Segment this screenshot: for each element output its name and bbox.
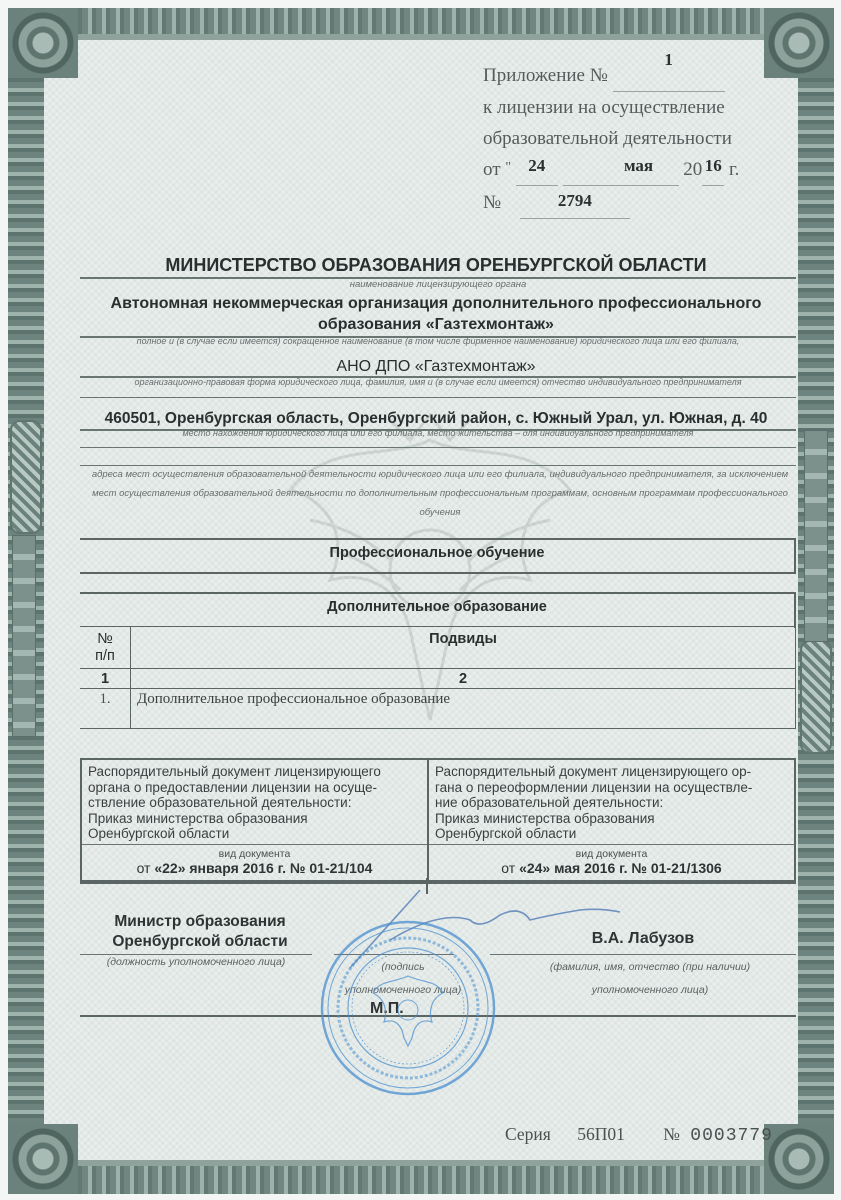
divider xyxy=(426,878,428,894)
divider xyxy=(490,954,796,955)
corner-ornament-top-right xyxy=(764,8,834,78)
license-number-label: № xyxy=(483,192,501,213)
date-from-label: от xyxy=(483,159,501,180)
divider xyxy=(80,1015,796,1017)
divider xyxy=(80,447,796,448)
signature-caption-line1: (подпись xyxy=(328,956,478,979)
grant-ref-number: «22» января 2016 г. № 01-21/104 xyxy=(154,860,372,876)
organization-short-name: АНО ДПО «Газтехмонтаж» xyxy=(80,358,792,376)
divider xyxy=(82,844,427,845)
reissue-ref-prefix: от xyxy=(501,860,519,876)
star-stripe-right xyxy=(804,430,828,642)
appendix-header: Приложение № 1 к лицензии на осуществлен… xyxy=(483,60,743,219)
header-number-line2: п/п xyxy=(80,648,130,665)
reissue-order-line5: Оренбургской области xyxy=(435,826,788,842)
signatory-name-caption-line2: уполномоченного лица) xyxy=(500,979,800,1002)
section-title-additional-education: Дополнительное образование xyxy=(80,594,794,620)
divider xyxy=(429,844,794,845)
grant-order-line2: органа о предоставлении лицензии на осущ… xyxy=(88,780,421,796)
corner-ornament-bottom-right xyxy=(764,1124,834,1194)
license-number: 2794 xyxy=(558,191,592,210)
grant-order-line3: ствление образовательной деятельности: xyxy=(88,795,421,811)
signatory-position-caption: (должность уполномоченного лица) xyxy=(80,956,312,968)
organization-full-name-line1: Автономная некоммерческая организация до… xyxy=(80,293,792,314)
reissue-order-line1: Распорядительный документ лицензирующего… xyxy=(435,764,788,780)
header-number-line1: № xyxy=(80,631,130,648)
border-top-ornament xyxy=(40,8,802,34)
divider xyxy=(80,954,312,955)
header-subtypes: Подвиды xyxy=(131,627,796,669)
licensing-body-caption: наименование лицензирующего органа xyxy=(80,279,796,290)
grant-order-line5: Оренбургской области xyxy=(88,826,421,842)
form-number-label: № xyxy=(663,1124,680,1144)
form-number-value: 0003779 xyxy=(690,1126,773,1146)
column-number-1: 1 xyxy=(80,669,131,689)
reissue-order-reference: от «24» мая 2016 г. № 01-21/1306 xyxy=(429,861,794,877)
signature-block: Министр образования Оренбургской области… xyxy=(80,880,796,1040)
activity-address-caption-line1: адреса мест осуществления образовательно… xyxy=(84,465,796,484)
table-header-row: № п/п Подвиды xyxy=(80,627,796,669)
table-column-number-row: 1 2 xyxy=(80,669,796,689)
year-unit: г. xyxy=(729,159,739,180)
signatory-name-caption: (фамилия, имя, отчество (при наличии) уп… xyxy=(500,956,800,1002)
reissue-order-line4: Приказ министерства образования xyxy=(435,811,788,827)
reissue-order-line3: ние образовательной деятельности: xyxy=(435,795,788,811)
grant-order-reference: от «22» января 2016 г. № 01-21/104 xyxy=(82,861,427,877)
reissue-order-line2: гана о переоформлении лицензии на осущес… xyxy=(435,780,788,796)
activity-address-caption-line2: мест осуществления образовательной деяте… xyxy=(84,484,796,503)
border-bottom-ornament xyxy=(40,1166,802,1194)
grant-ref-prefix: от xyxy=(137,860,155,876)
divider xyxy=(80,397,796,398)
corner-ornament-top-left xyxy=(8,8,78,78)
signatory-position-line2: Оренбургской области xyxy=(90,932,310,952)
grant-order-line1: Распорядительный документ лицензирующего xyxy=(88,764,421,780)
table-row: 1. Дополнительное профессиональное образ… xyxy=(80,689,796,729)
appendix-line2: к лицензии на осуществление xyxy=(483,92,743,123)
date-day: 24 xyxy=(528,156,545,175)
signatory-name: В.А. Лабузов xyxy=(490,930,796,948)
celtic-knot-ornament-left xyxy=(10,420,42,534)
orders-block: Распорядительный документ лицензирующего… xyxy=(80,758,796,884)
grant-order: Распорядительный документ лицензирующего… xyxy=(82,760,429,882)
section-professional-training: Профессиональное обучение xyxy=(80,538,796,574)
appendix-line3: образовательной деятельности xyxy=(483,123,743,154)
column-number-2: 2 xyxy=(131,669,796,689)
signatory-name-caption-line1: (фамилия, имя, отчество (при наличии) xyxy=(500,956,800,979)
date-month: мая xyxy=(624,156,653,175)
row-number: 1. xyxy=(80,689,131,729)
organization-full-name-caption: полное и (в случае если имеется) сокраще… xyxy=(80,336,796,346)
signatory-position: Министр образования Оренбургской области xyxy=(90,912,310,952)
organization-address-caption: место нахождения юридического лица или е… xyxy=(80,428,796,438)
header-number: № п/п xyxy=(80,627,131,669)
activity-address-caption-line3: обучения xyxy=(84,503,796,522)
signature-caption-line2: уполномоченного лица) xyxy=(328,979,478,1002)
organization-address: 460501, Оренбургская область, Оренбургск… xyxy=(80,410,792,428)
signature-caption: (подпись уполномоченного лица) xyxy=(328,956,478,1002)
row-subtype-name: Дополнительное профессиональное образова… xyxy=(131,689,796,729)
organization-full-name: Автономная некоммерческая организация до… xyxy=(80,293,792,335)
form-serial: Серия 56П01 № 0003779 xyxy=(505,1124,773,1146)
reissue-order: Распорядительный документ лицензирующего… xyxy=(429,760,794,882)
quote-mark: " xyxy=(505,160,511,175)
year-prefix: 20 xyxy=(683,159,702,180)
appendix-label: Приложение № xyxy=(483,65,608,86)
organization-full-name-line2: образования «Газтехмонтаж» xyxy=(80,314,792,335)
reissue-ref-number: «24» мая 2016 г. № 01-21/1306 xyxy=(519,860,722,876)
corner-ornament-bottom-left xyxy=(8,1124,78,1194)
appendix-number: 1 xyxy=(664,50,673,69)
section-additional-education: Дополнительное образование xyxy=(80,592,796,628)
grant-order-line4: Приказ министерства образования xyxy=(88,811,421,827)
organization-short-name-caption: организационно-правовая форма юридическо… xyxy=(80,377,796,387)
date-year: 16 xyxy=(705,156,722,175)
star-stripe-left xyxy=(12,535,36,737)
celtic-knot-ornament-right xyxy=(800,640,832,754)
series-label: Серия xyxy=(505,1124,551,1144)
section-title-professional-training: Профессиональное обучение xyxy=(80,540,794,566)
signatory-position-line1: Министр образования xyxy=(90,912,310,932)
series-value: 56П01 xyxy=(577,1124,625,1144)
signature-line xyxy=(334,954,454,955)
subtypes-table: № п/п Подвиды 1 2 1. Дополнительное проф… xyxy=(80,626,796,729)
activity-address-caption: адреса мест осуществления образовательно… xyxy=(84,465,796,522)
divider xyxy=(80,880,796,882)
licensing-body-name: МИНИСТЕРСТВО ОБРАЗОВАНИЯ ОРЕНБУРГСКОЙ ОБ… xyxy=(80,255,792,276)
